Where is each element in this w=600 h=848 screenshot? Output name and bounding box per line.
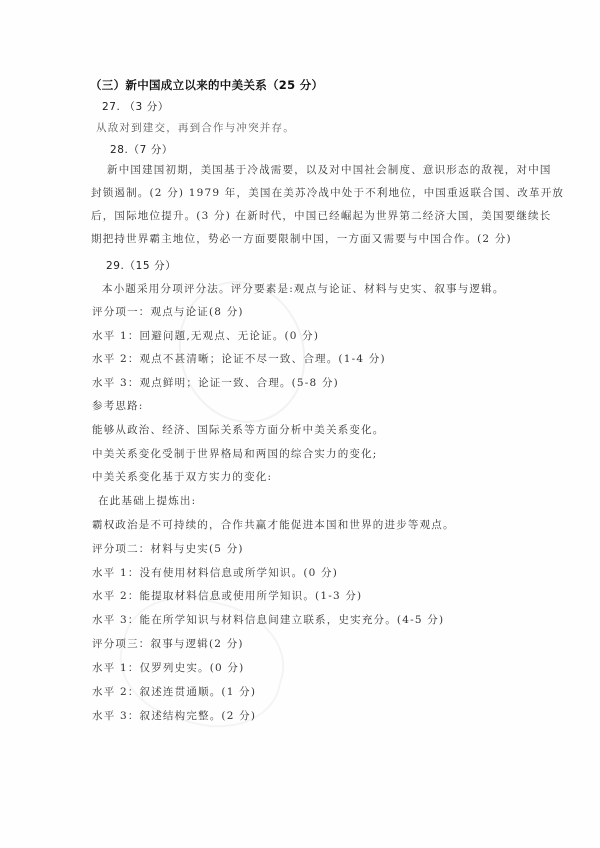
item1-level-2: 水平 2：观点不甚清晰；论证不尽一致、合理。(1-4 分) [92,352,386,366]
item1-level-3: 水平 3：观点鲜明；论证一致、合理。(5-8 分) [92,376,339,390]
reference-line-5: 霸权政治是不可持续的，合作共赢才能促进本国和世界的进步等观点。 [92,518,455,532]
item3-level-1: 水平 1：仅罗列史实。(0 分) [92,661,244,675]
item2-level-2: 水平 2：能提取材料信息或使用所学知识。(1-3 分) [92,589,362,603]
q28-line-4: 期把持世界霸主地位，势必一方面要限制中国，一方面又需要与中国合作。(2 分) [91,232,512,246]
q28-line-3: 后，国际地位提升。(3 分) 在新时代，中国已经崛起为世界第二经济大国，美国要继… [91,209,551,223]
section-title: （三）新中国成立以来的中美关系（25 分） [90,78,323,92]
reference-line-2: 中美关系变化受制于世界格局和两国的综合实力的变化; [92,447,378,461]
item3-title: 评分项三：叙事与逻辑(2 分) [92,637,244,651]
item3-level-2: 水平 2：叙述连贯通顺。(1 分) [92,685,256,699]
q27-answer: 从敌对到建交，再到合作与冲突并存。 [96,121,295,135]
reference-title: 参考思路: [92,399,144,413]
q29-number: 29.（15 分） [106,259,176,273]
item1-title: 评分项一：观点与论证(8 分) [92,305,244,319]
q28-line-2: 封锁遏制。(2 分) 1979 年，美国在美苏冷战中处于不利地位，中国重返联合国… [91,186,564,200]
item2-title: 评分项二：材料与史实(5 分) [92,542,244,556]
q28-line-1: 新中国建国初期，美国基于冷战需要，以及对中国社会制度、意识形态的敌视，对中国 [107,163,552,177]
item2-level-3: 水平 3：能在所学知识与材料信息间建立联系，史实充分。(4-5 分) [92,613,444,627]
reference-line-3: 中美关系变化基于双方实力的变化: [92,470,272,484]
reference-line-1: 能够从政治、经济、国际关系等方面分析中美关系变化。 [92,423,385,437]
item2-level-1: 水平 1：没有使用材料信息或所学知识。(0 分) [92,566,338,580]
item1-level-1: 水平 1：回避问题,无观点、无论证。(0 分) [92,329,319,343]
answer-key-page: （三）新中国成立以来的中美关系（25 分） 27. （3 分） 从敌对到建交，再… [0,0,600,848]
reference-line-4: 在此基础上提炼出: [98,494,196,508]
q28-number: 28.（7 分） [110,143,173,157]
item3-level-3: 水平 3：叙述结构完整。(2 分) [92,709,256,723]
q29-intro: 本小题采用分项评分法。评分要素是:观点与论证、材料与史实、叙事与逻辑。 [102,282,505,296]
q27-number: 27. （3 分） [102,100,169,114]
